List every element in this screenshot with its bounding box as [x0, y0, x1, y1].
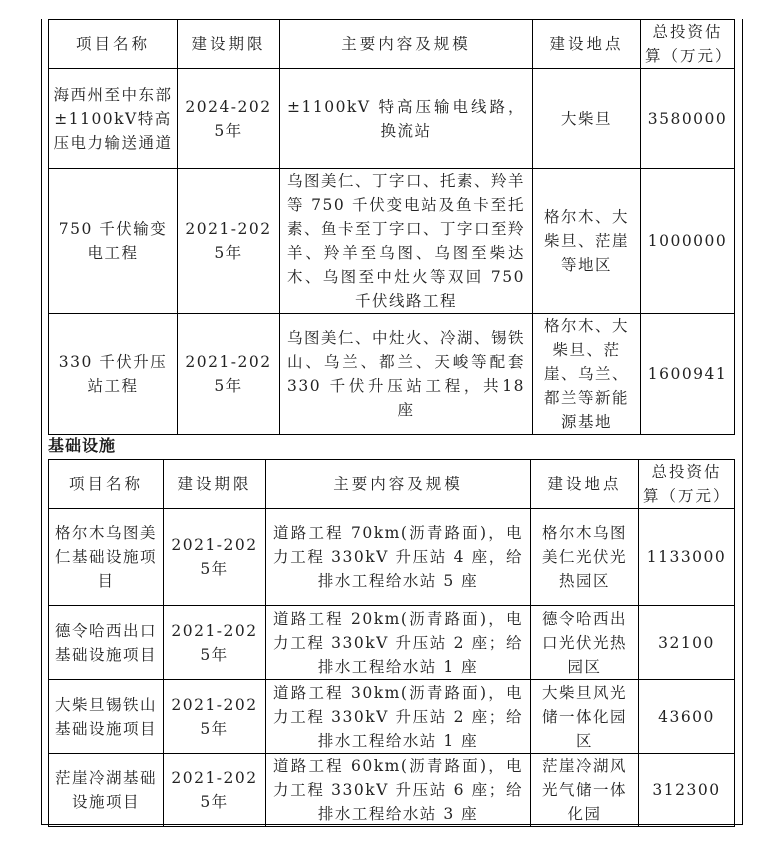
cell-content: 乌图美仁、中灶火、冷湖、锡铁山、乌兰、都兰、天峻等配套 330 千伏升压站工程，…	[280, 314, 533, 435]
cell-location: 茫崖冷湖风光气储一体化园	[531, 754, 639, 827]
cell-content: 道路工程 70km(沥青路面)，电力工程 330kV 升压站 4 座，给排水工程…	[266, 509, 531, 606]
header-location: 建设地点	[531, 460, 639, 509]
cell-investment: 1600941	[641, 314, 735, 435]
header-investment: 总投资估算（万元）	[641, 20, 735, 69]
table-row: 格尔木乌图美仁基础设施项目 2021-2025年 道路工程 70km(沥青路面)…	[49, 509, 735, 606]
section-title-infrastructure: 基础设施	[48, 435, 116, 457]
header-content: 主要内容及规模	[280, 20, 533, 69]
cell-period: 2021-2025年	[178, 169, 280, 314]
cell-project-name: 海西州至中东部±1100kV特高压电力输送通道	[49, 69, 178, 169]
cell-project-name: 750 千伏输变电工程	[49, 169, 178, 314]
cell-project-name: 330 千伏升压站工程	[49, 314, 178, 435]
table-row: 德令哈西出口基础设施项目 2021-2025年 道路工程 20km(沥青路面)，…	[49, 606, 735, 680]
cell-project-name: 大柴旦锡铁山基础设施项目	[49, 680, 164, 754]
table-row: 750 千伏输变电工程 2021-2025年 乌图美仁、丁字口、托素、羚羊等 7…	[49, 169, 735, 314]
header-investment: 总投资估算（万元）	[639, 460, 735, 509]
cell-investment: 1000000	[641, 169, 735, 314]
cell-period: 2021-2025年	[164, 754, 266, 827]
table-row: 海西州至中东部±1100kV特高压电力输送通道 2024-2025年 ±1100…	[49, 69, 735, 169]
cell-project-name: 茫崖冷湖基础设施项目	[49, 754, 164, 827]
cell-project-name: 格尔木乌图美仁基础设施项目	[49, 509, 164, 606]
cell-investment: 43600	[639, 680, 735, 754]
cell-investment: 1133000	[639, 509, 735, 606]
table-row: 茫崖冷湖基础设施项目 2021-2025年 道路工程 60km(沥青路面)，电力…	[49, 754, 735, 827]
cell-investment: 3580000	[641, 69, 735, 169]
cell-location: 德令哈西出口光伏光热园区	[531, 606, 639, 680]
cell-location: 格尔木、大柴旦、茫崖、乌兰、都兰等新能源基地	[533, 314, 641, 435]
cell-location: 格尔木乌图美仁光伏光热园区	[531, 509, 639, 606]
cell-content: 乌图美仁、丁字口、托素、羚羊等 750 千伏变电站及鱼卡至托素、鱼卡至丁字口、丁…	[280, 169, 533, 314]
table-row: 330 千伏升压站工程 2021-2025年 乌图美仁、中灶火、冷湖、锡铁山、乌…	[49, 314, 735, 435]
energy-projects-table: 项目名称 建设期限 主要内容及规模 建设地点 总投资估算（万元） 海西州至中东部…	[48, 19, 735, 435]
cell-content: 道路工程 60km(沥青路面)，电力工程 330kV 升压站 6 座；给排水工程…	[266, 754, 531, 827]
cell-location: 大柴旦风光储一体化园区	[531, 680, 639, 754]
cell-location: 大柴旦	[533, 69, 641, 169]
cell-content: 道路工程 30km(沥青路面)，电力工程 330kV 升压站 2 座；给排水工程…	[266, 680, 531, 754]
cell-content: 道路工程 20km(沥青路面)，电力工程 330kV 升压站 2 座；给排水工程…	[266, 606, 531, 680]
header-location: 建设地点	[533, 20, 641, 69]
header-content: 主要内容及规模	[266, 460, 531, 509]
header-period: 建设期限	[178, 20, 280, 69]
cell-period: 2021-2025年	[178, 314, 280, 435]
cell-investment: 312300	[639, 754, 735, 827]
cell-period: 2024-2025年	[178, 69, 280, 169]
cell-period: 2021-2025年	[164, 606, 266, 680]
header-project-name: 项目名称	[49, 460, 164, 509]
infrastructure-projects-table: 项目名称 建设期限 主要内容及规模 建设地点 总投资估算（万元） 格尔木乌图美仁…	[48, 459, 735, 827]
header-project-name: 项目名称	[49, 20, 178, 69]
cell-project-name: 德令哈西出口基础设施项目	[49, 606, 164, 680]
cell-period: 2021-2025年	[164, 680, 266, 754]
cell-investment: 32100	[639, 606, 735, 680]
table-header-row: 项目名称 建设期限 主要内容及规模 建设地点 总投资估算（万元）	[49, 20, 735, 69]
cell-content: ±1100kV 特高压输电线路，换流站	[280, 69, 533, 169]
header-period: 建设期限	[164, 460, 266, 509]
table-header-row: 项目名称 建设期限 主要内容及规模 建设地点 总投资估算（万元）	[49, 460, 735, 509]
cell-period: 2021-2025年	[164, 509, 266, 606]
table-row: 大柴旦锡铁山基础设施项目 2021-2025年 道路工程 30km(沥青路面)，…	[49, 680, 735, 754]
cell-location: 格尔木、大柴旦、茫崖等地区	[533, 169, 641, 314]
